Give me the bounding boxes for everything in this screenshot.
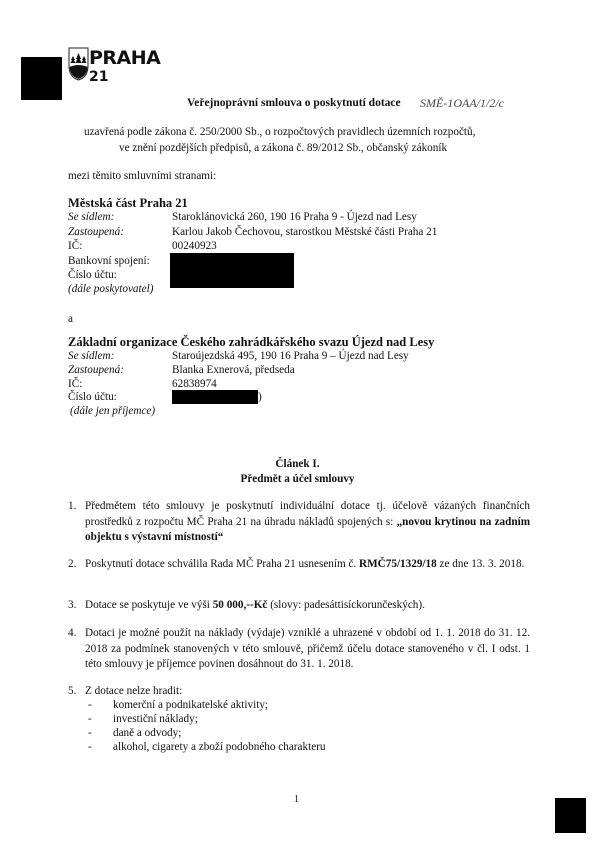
clause-5: 5. Z dotace nelze hradit:	[68, 684, 530, 700]
party1-seat-label: Se sídlem:	[68, 211, 114, 223]
party2-seat-value: Staroújezdská 495, 190 16 Praha 9 – Újez…	[172, 350, 409, 362]
party1-rep-label: Zastoupená:	[68, 226, 124, 238]
exclusion-item: investiční náklady;	[113, 713, 198, 725]
page-number: 1	[294, 794, 299, 805]
party1-rep-value: Karlou Jakob Čechovou, starostkou Městsk…	[172, 226, 437, 238]
party1-ic-label: IČ:	[68, 240, 82, 252]
party2-account-label: Číslo účtu:	[68, 391, 117, 403]
praha21-logo: PRAHA 21	[68, 46, 168, 86]
party1-role-label: (dále poskytovatel)	[68, 283, 153, 295]
dash-bullet: -	[88, 741, 92, 753]
party1-seat-value: Staroklánovická 260, 190 16 Praha 9 - Új…	[172, 211, 417, 223]
clause-4: 4. Dotaci je možné použít na náklady (vý…	[68, 626, 530, 673]
clause-number: 3.	[68, 598, 76, 614]
logo-21: 21	[89, 69, 108, 85]
exclusion-item: alkohol, cigarety a zboží podobného char…	[113, 741, 325, 753]
coat-of-arms-icon	[68, 46, 89, 81]
clause-number: 4.	[68, 626, 76, 642]
clause-2: 2. Poskytnutí dotace schválila Rada MČ P…	[68, 557, 530, 573]
between-parties: mezi těmito smluvními stranami:	[68, 170, 216, 182]
clause-number: 2.	[68, 557, 76, 573]
party2-ic-value: 62838974	[172, 378, 217, 390]
clause-text-after: (slovy: padesáttisíckorunčeských).	[267, 599, 425, 611]
handwritten-reference: SMĚ-1OAA/1/2/c	[420, 96, 504, 111]
party1-bank-label: Bankovní spojení:	[68, 255, 150, 267]
clause-3: 3. Dotace se poskytuje ve výši 50 000,--…	[68, 598, 530, 614]
party1-ic-value: 00240923	[172, 240, 217, 252]
party2-rep-value: Blanka Exnerová, předseda	[172, 364, 295, 376]
redaction-bank-details	[170, 253, 294, 288]
party2-ic-label: IČ:	[68, 378, 82, 390]
exclusion-item: komerční a podnikatelské aktivity;	[113, 699, 268, 711]
clause-text: Z dotace nelze hradit:	[85, 685, 182, 697]
exclusion-item: daně a odvody;	[113, 727, 181, 739]
redaction-account-number	[172, 390, 258, 404]
party2-role-label: (dále jen příjemce)	[70, 405, 155, 417]
clause-1: 1. Předmětem této smlouvy je poskytnutí …	[68, 499, 530, 546]
clause-text: Dotace se poskytuje ve výši	[85, 599, 213, 611]
corner-mark-top-left	[21, 57, 62, 100]
document-title: Veřejnoprávní smlouva o poskytnutí dotac…	[187, 97, 401, 109]
article-number: Článek I.	[0, 458, 595, 470]
corner-mark-bottom-right	[555, 798, 586, 833]
clause-number: 1.	[68, 499, 76, 515]
party2-rep-label: Zastoupená:	[68, 364, 124, 376]
and-separator: a	[68, 313, 73, 325]
clause-emphasis: 50 000,--Kč	[213, 599, 268, 611]
dash-bullet: -	[88, 699, 92, 711]
article-heading: Předmět a účel smlouvy	[0, 473, 595, 485]
dash-bullet: -	[88, 713, 92, 725]
party2-name: Základní organizace Českého zahrádkářské…	[68, 335, 434, 350]
party1-account-label: Číslo účtu:	[68, 269, 117, 281]
party2-account-tail: )	[258, 391, 262, 403]
dash-bullet: -	[88, 727, 92, 739]
intro-line-2: ve znění pozdějších předpisů, a zákona č…	[119, 142, 447, 154]
logo-praha: PRAHA	[89, 47, 160, 69]
intro-line-1: uzavřená podle zákona č. 250/2000 Sb., o…	[84, 126, 475, 138]
clause-text: Poskytnutí dotace schválila Rada MČ Prah…	[85, 558, 359, 570]
clause-text-after: ze dne 13. 3. 2018.	[437, 558, 525, 570]
clause-emphasis: RMČ75/1329/18	[359, 558, 437, 570]
clause-text: Dotaci je možné použít na náklady (výdaj…	[85, 627, 530, 670]
party2-seat-label: Se sídlem:	[68, 350, 114, 362]
clause-number: 5.	[68, 684, 76, 700]
party1-name: Městská část Praha 21	[68, 196, 188, 211]
